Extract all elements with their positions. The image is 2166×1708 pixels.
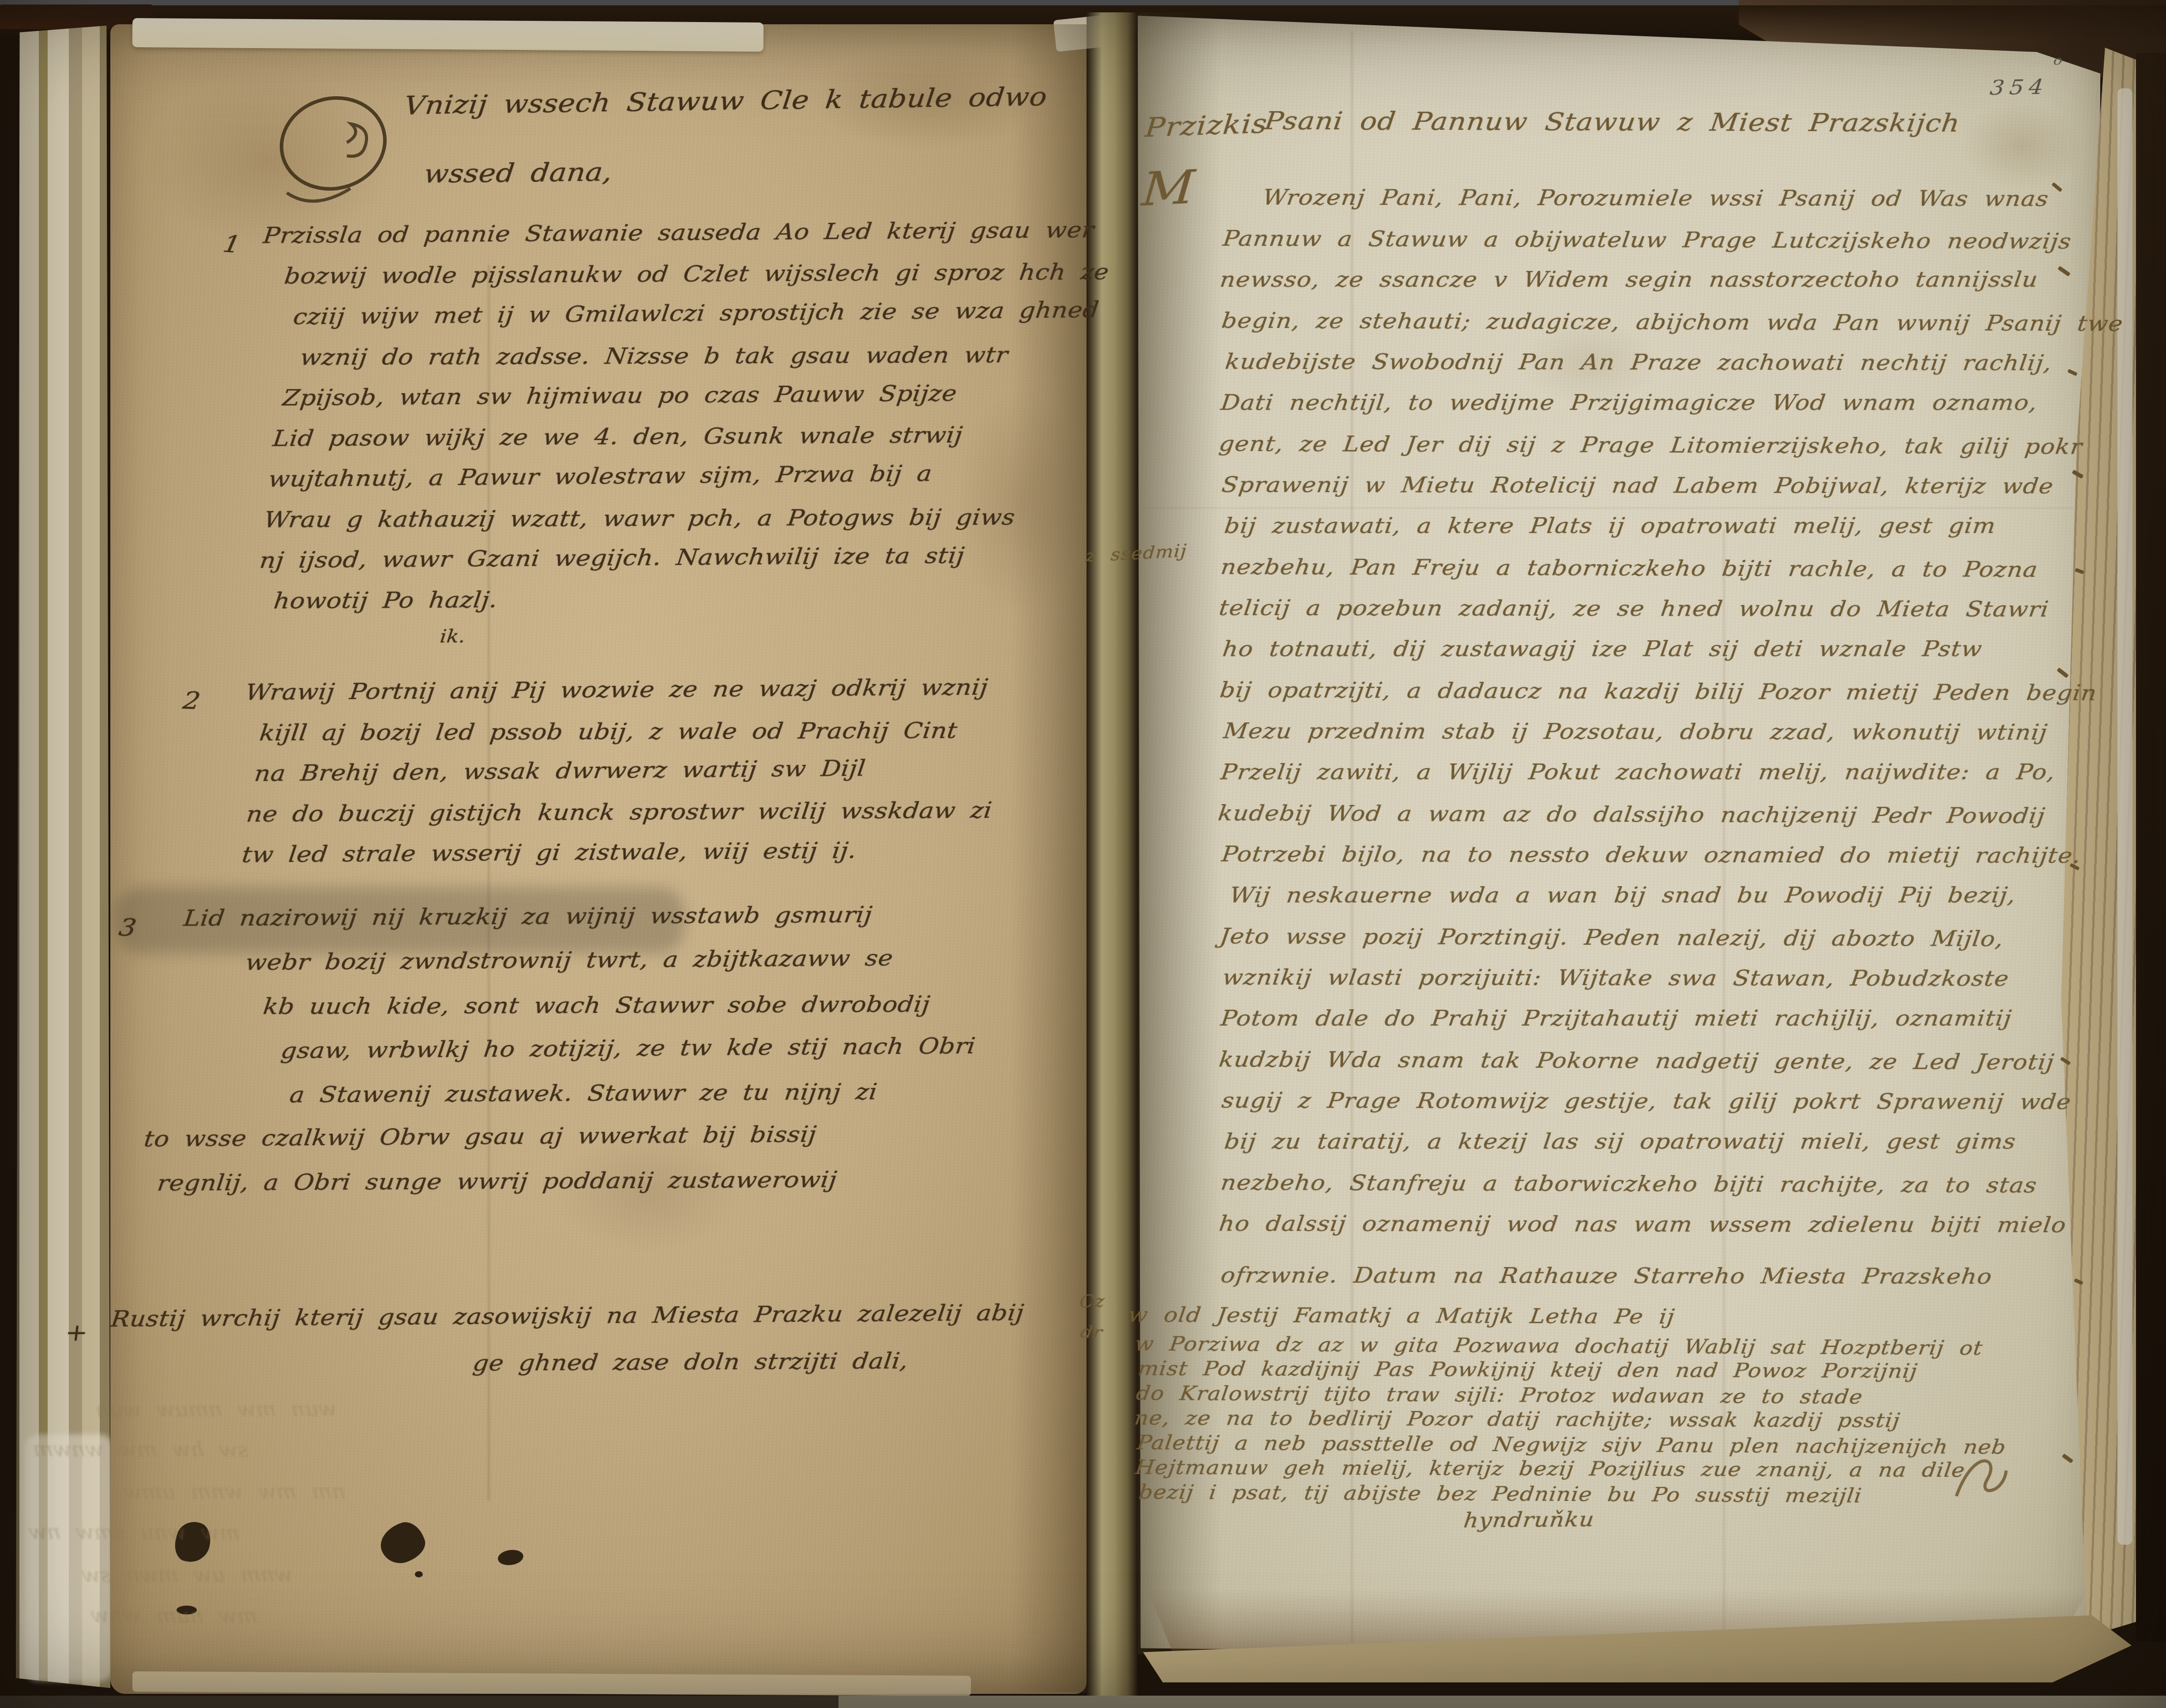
handwriting-line: telicij a pozebun zadanij, ze se hned wo… bbox=[1218, 596, 2050, 622]
handwriting-line: kijll aj bozij led pssob ubij, z wale od… bbox=[258, 718, 959, 746]
handwriting-line: gsaw, wrbwlkj ho zotijzij, ze tw kde sti… bbox=[279, 1033, 977, 1064]
handwriting-line: bij opatrzijti, a dadaucz na kazdij bili… bbox=[1218, 678, 2098, 706]
initial-flourish bbox=[256, 77, 406, 210]
handwriting-line: kudebij Wod a wam az do dalssijho nachij… bbox=[1217, 801, 2047, 829]
postscript-line: Hejtmanuw geh mielij, kterijz bezij Pozi… bbox=[1134, 1456, 1967, 1482]
handwriting-line: na Brehij den, wssak dwrwerz wartij sw D… bbox=[253, 756, 867, 786]
margin-gloss-monogram: M bbox=[1140, 160, 1197, 217]
paraph-flourish bbox=[1945, 1439, 2016, 1514]
paragraph-end-mark: ik. bbox=[439, 627, 467, 647]
handwriting-line: ge ghned zase doln strzijti dali, bbox=[471, 1348, 910, 1376]
margin-gloss: Przizkis bbox=[1144, 108, 1269, 143]
handwriting-line: Dati nechtijl, to wedijme Przijgimagicze… bbox=[1219, 391, 2039, 415]
handwriting-line: ne do buczij gistijch kunck sprostwr wci… bbox=[245, 798, 993, 827]
handwriting-line: howotij Po hazlj. bbox=[272, 587, 499, 614]
fore-edge-white-strip bbox=[2117, 88, 2132, 1545]
bleedthrough-ghost-line: sw hw mw wnwm bbox=[32, 1437, 250, 1462]
folio-page-number: 354 bbox=[1989, 75, 2049, 100]
handwriting-line: kb uuch kide, sont wach Stawwr sobe dwro… bbox=[262, 992, 932, 1020]
manuscript-book-photo: Vnizij wssech Stawuw Cle k tabule odwo w… bbox=[0, 0, 2166, 1708]
stain bbox=[1959, 102, 2083, 190]
letter-heading-line: Psani od Pannuw Stawuw z Miest Prazskijc… bbox=[1263, 107, 1962, 138]
handwriting-line: ho totnauti, dij zustawagij ize Plat sij… bbox=[1221, 637, 1984, 662]
handwriting-line: Sprawenij w Mietu Rotelicij nad Labem Po… bbox=[1220, 473, 2055, 499]
postscript-line: ne, ze na to bedlirij Pozor datij rachij… bbox=[1133, 1407, 1902, 1432]
bleedthrough-ghost-line: nm mw wnm umw bbox=[122, 1479, 347, 1504]
handwriting-line: Zpijsob, wtan sw hijmiwau po czas Pauww … bbox=[281, 380, 958, 411]
section-marker-4: + bbox=[64, 1319, 90, 1347]
handwriting-line: nezbehu, Pan Freju a taborniczkeho bijti… bbox=[1219, 555, 2039, 582]
handwriting-line: wssed dana, bbox=[422, 157, 614, 189]
handwriting-line: tw led strale wsserij gi zistwale, wiij … bbox=[241, 838, 858, 868]
docket-word: hyndruňku bbox=[1463, 1507, 1596, 1532]
postscript-line: bezij i psat, tij abijste bez Pedninie b… bbox=[1137, 1481, 1863, 1508]
handwriting-line: ho dalssij oznamenij wod nas wam wssem z… bbox=[1218, 1211, 2068, 1238]
handwriting-line: to wsse czalkwij Obrw gsau aj wwerkat bi… bbox=[143, 1121, 818, 1152]
margin-mark: dr bbox=[1079, 1322, 1104, 1343]
handwriting-line: regnlij, a Obri sunge wwrij poddanij zus… bbox=[156, 1167, 838, 1196]
corner-mark: o bbox=[2053, 53, 2064, 68]
handwriting-line: newsso, ze ssancze v Widem segin nasstor… bbox=[1218, 267, 2039, 292]
handwriting-line: kudzbij Wda snam tak Pokorne nadgetij ge… bbox=[1218, 1047, 2056, 1075]
bleedthrough-ghost-line: wun mw nmuw wun bbox=[94, 1397, 338, 1422]
handwriting-line: Wrau g kathauzij wzatt, wawr pch, a Poto… bbox=[263, 504, 1016, 533]
scanner-strip-bottom-right bbox=[839, 1696, 2166, 1708]
handwriting-line: gent, ze Led Jer dij sij z Prage Litomie… bbox=[1218, 432, 2084, 459]
handwriting-line: nj ijsod, wawr Gzani wegijch. Nawchwilij… bbox=[258, 543, 966, 573]
handwriting-line: nezbeho, Stanfreju a taborwiczkeho bijti… bbox=[1219, 1170, 2038, 1198]
handwriting-line: Mezu przednim stab ij Pozsotau, dobru zz… bbox=[1222, 719, 2049, 745]
handwriting-line: Lid nazirowij nij kruzkij za wijnij wsst… bbox=[182, 902, 873, 931]
margin-mark: Cz bbox=[1079, 1291, 1106, 1312]
handwriting-line: Jeto wsse pozij Porztingij. Peden nalezi… bbox=[1218, 924, 2005, 952]
fore-edge-dark-cover bbox=[2136, 53, 2166, 1642]
postscript-line: mist Pod kazdijnij Pas Powkijnij kteij d… bbox=[1137, 1358, 1919, 1383]
handwriting-line: Potrzebi bijlo, na to nessto dekuw oznam… bbox=[1220, 842, 2083, 868]
postscript-line: w Porziwa dz az w gita Pozwawa dochatij … bbox=[1133, 1333, 1984, 1360]
postscript-line: Palettij a neb passttelle od Negwijz sij… bbox=[1136, 1432, 2007, 1459]
scanner-strip-bottom-left bbox=[0, 1696, 839, 1708]
handwriting-line: Potom dale do Prahij Przijtahautij mieti… bbox=[1219, 1006, 2013, 1031]
handwriting-line: Wrozenj Pani, Pani, Porozumiele wssi Psa… bbox=[1261, 185, 2050, 211]
handwriting-line: bozwij wodle pijsslanukw od Czlet wijssl… bbox=[283, 259, 1110, 289]
ink-blot bbox=[415, 1571, 423, 1577]
datum-line: ofrzwnie. Datum na Rathauze Starreho Mie… bbox=[1219, 1263, 1993, 1289]
handwriting-line: Pannuw a Stawuw a obijwateluw Prage Lutc… bbox=[1222, 226, 2073, 254]
handwriting-line: Wij neskauerne wda a wan bij snad bu Pow… bbox=[1228, 883, 2017, 908]
bleedthrough-ghost-line: wnm uw mwn sw bbox=[80, 1562, 294, 1587]
handwriting-line: a Stawenij zustawek. Stawwr ze tu nijnj … bbox=[288, 1079, 879, 1108]
handwriting-line: Lid pasow wijkj ze we 4. den, Gsunk wnal… bbox=[271, 422, 964, 451]
bleedthrough-ghost-line: mw wnu smw nw bbox=[27, 1520, 241, 1545]
bleedthrough-ghost-line: mw num wnw bbox=[90, 1603, 259, 1628]
handwriting-line: sugij z Prage Rotomwijz gestije, tak gil… bbox=[1220, 1088, 2073, 1114]
handwriting-line: bij zu tairatij, a ktezij las sij opatro… bbox=[1223, 1129, 2017, 1154]
handwriting-line: webr bozij zwndstrownij twrt, a zbijtkaz… bbox=[244, 945, 895, 975]
handwriting-line: begin, ze stehauti; zudagicze, abijchom … bbox=[1220, 308, 2125, 336]
handwriting-line: wznij do rath zadsse. Nizsse b tak gsau … bbox=[299, 342, 1009, 370]
handwriting-line: kudebijste Swobodnij Pan An Praze zachow… bbox=[1224, 350, 2053, 376]
handwriting-line: Wrawij Portnij anij Pij wozwie ze ne waz… bbox=[244, 674, 989, 705]
handwriting-line: bij zustawati, a ktere Plats ij opatrowa… bbox=[1223, 514, 1997, 538]
repair-tissue-strip bbox=[25, 1434, 113, 1682]
handwriting-line: wznikij wlasti porzijuiti: Wijtake swa S… bbox=[1221, 965, 2011, 991]
right-page-fold-line bbox=[1143, 508, 2074, 508]
year-line: w old Jestij Famatkj a Matijk Letha Pe i… bbox=[1127, 1303, 1676, 1328]
postscript-line: do Kralowstrij tijto traw sijli: Protoz … bbox=[1135, 1382, 1864, 1409]
handwriting-line: Przelij zawiti, a Wijlij Pokut zachowati… bbox=[1219, 760, 2057, 785]
left-page-top-edge bbox=[132, 18, 763, 52]
